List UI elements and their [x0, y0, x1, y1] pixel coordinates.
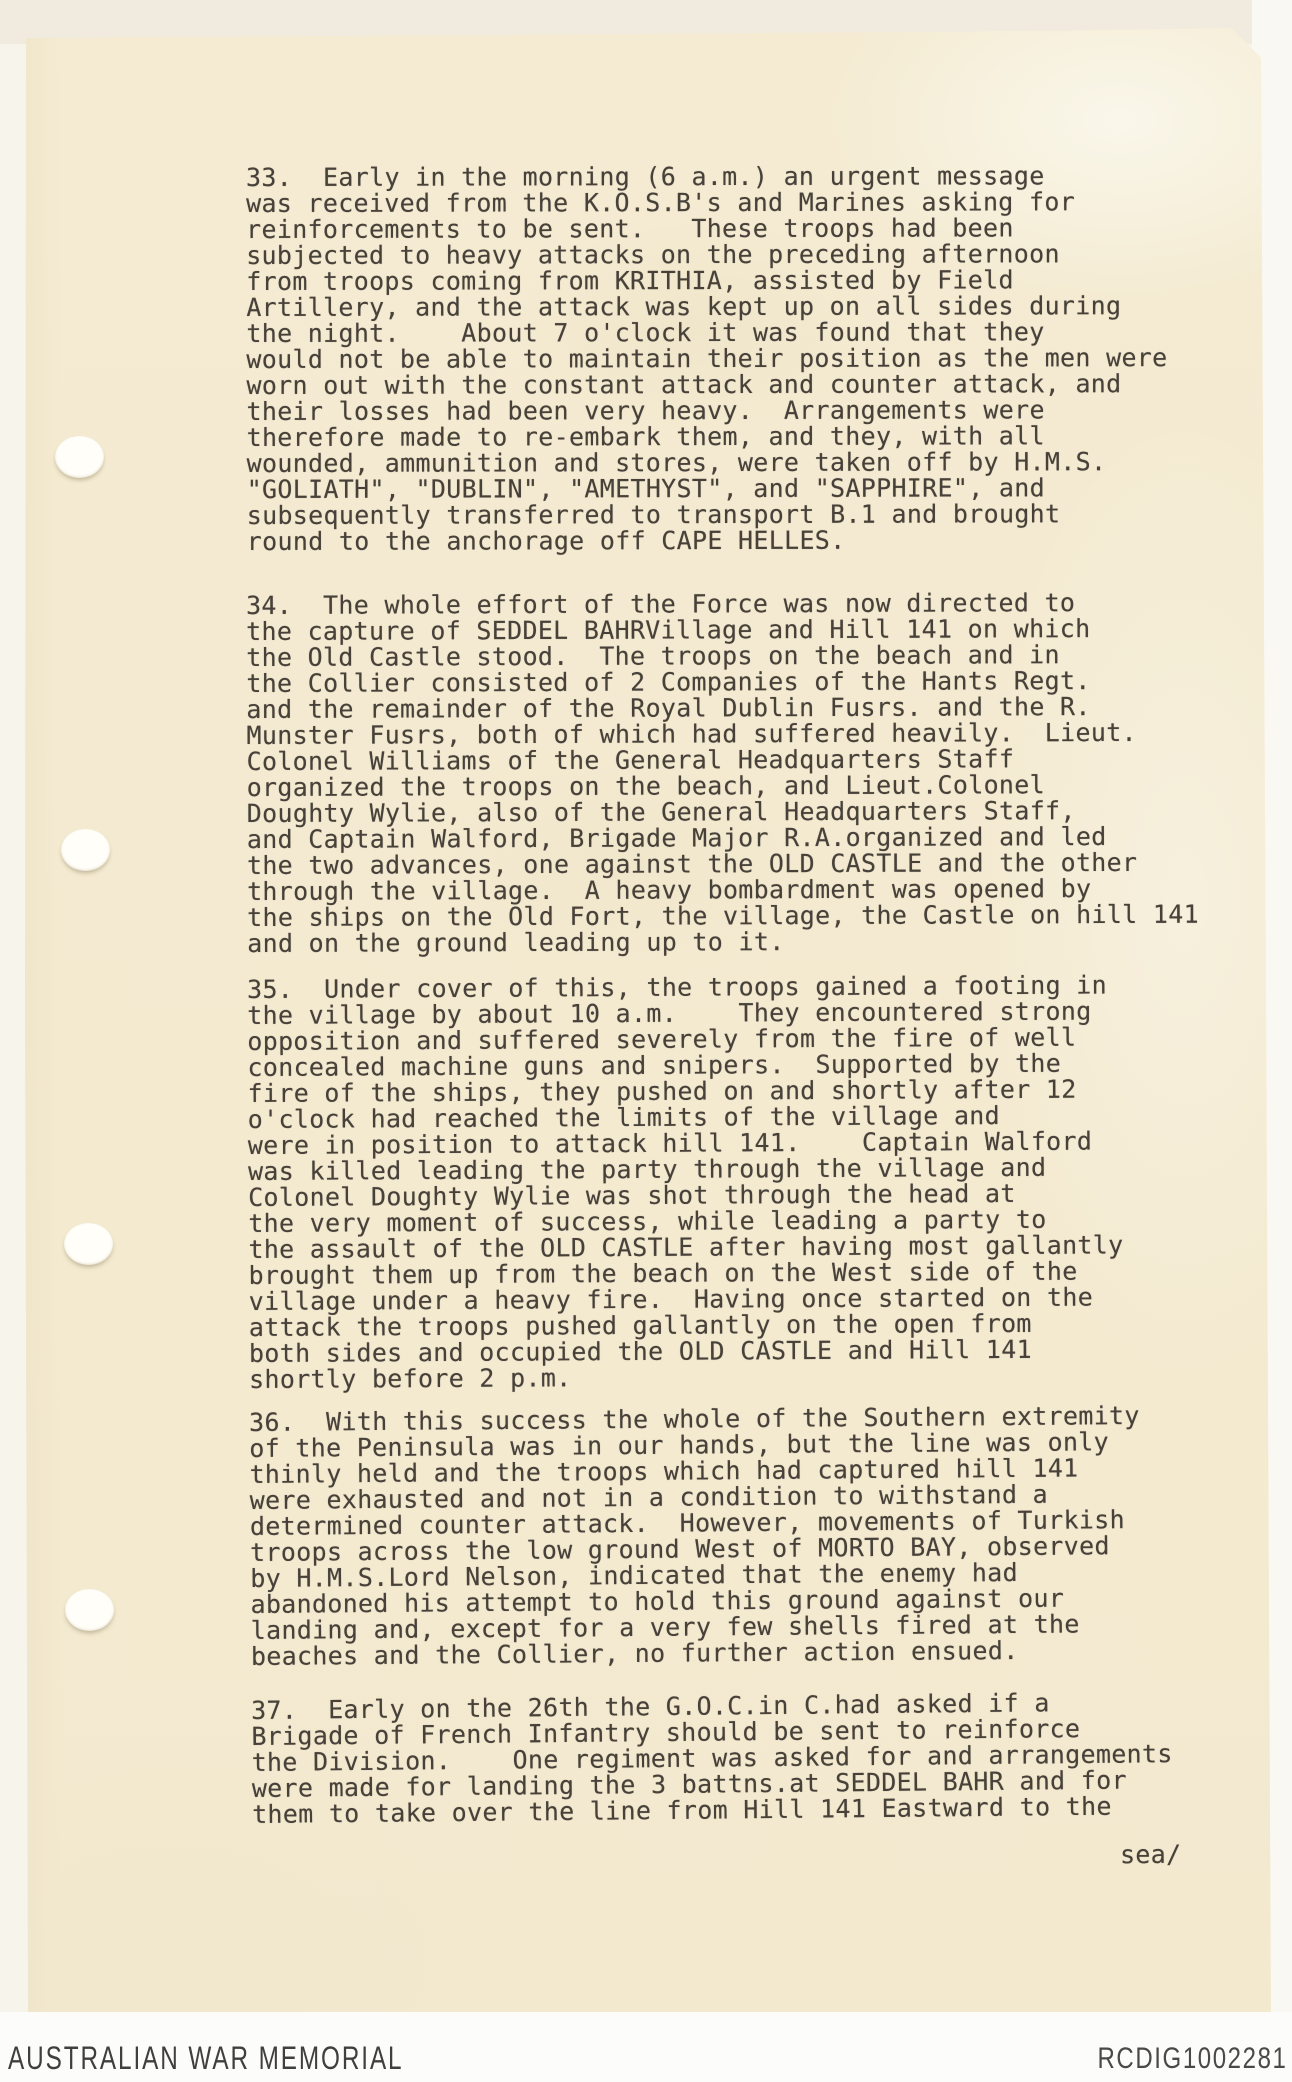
paragraph-34: 34. The whole effort of the Force was no… [246, 590, 1199, 957]
paragraph-text: With this success the whole of the South… [249, 1403, 1142, 1670]
paragraph-33: 33. Early in the morning (6 a.m.) an urg… [246, 163, 1168, 555]
paragraph-number: 34. [246, 593, 292, 619]
punch-hole [55, 436, 104, 478]
paragraph-35: 35. Under cover of this, the troops gain… [247, 972, 1124, 1393]
paragraph-number: 33. [246, 165, 292, 191]
scanned-document-page: 33. Early in the morning (6 a.m.) an urg… [0, 0, 1292, 2082]
paragraph-text: Under cover of this, the troops gained a… [247, 972, 1124, 1393]
paragraph-text: Early in the morning (6 a.m.) an urgent … [246, 163, 1168, 555]
paragraph-number: 37. [251, 1698, 297, 1724]
paragraph-number: 36. [249, 1410, 295, 1436]
paragraph-number: 35. [247, 977, 293, 1003]
punch-hole [64, 1223, 113, 1265]
footer-bar: AUSTRALIAN WAR MEMORIAL RCDIG1002281 [0, 2012, 1292, 2082]
paragraph-36: 36. With this success the whole of the S… [249, 1403, 1142, 1670]
punch-hole [61, 829, 110, 871]
paragraph-text: The whole effort of the Force was now di… [246, 590, 1199, 957]
continuation-word: sea/ [1120, 1842, 1182, 1869]
paragraph-text: Early on the 26th the G.O.C.in C.had ask… [251, 1689, 1173, 1828]
punch-hole [65, 1589, 114, 1631]
archive-name-label: AUSTRALIAN WAR MEMORIAL [8, 2040, 403, 2077]
paragraph-37: 37. Early on the 26th the G.O.C.in C.had… [251, 1689, 1173, 1828]
item-id-label: RCDIG1002281 [1097, 2042, 1287, 2076]
